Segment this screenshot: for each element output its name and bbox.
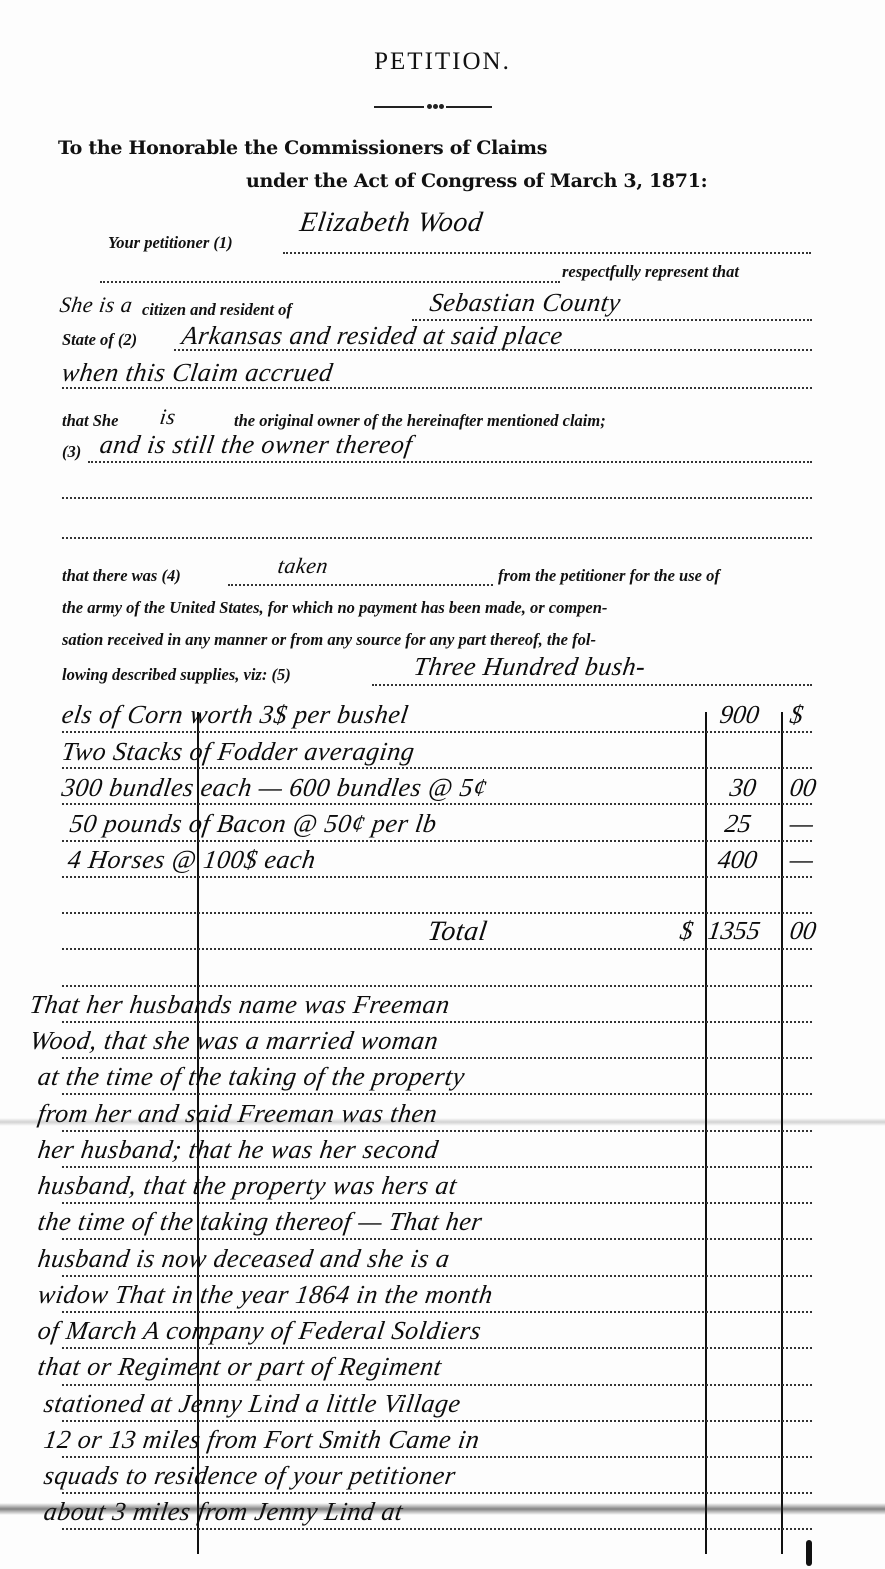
narrative-line: husband, that the property was hers at (36, 1171, 459, 1201)
supply-item-cents: 00 (788, 773, 818, 803)
taken-value: taken (276, 553, 330, 579)
ledger-column-rule-cents (781, 712, 783, 1554)
ledger-line (62, 1130, 812, 1132)
narrative-line: squads to residence of your petitioner (42, 1461, 458, 1491)
supply-item-description: Two Stacks of Fodder averaging (60, 737, 417, 767)
ledger-line (62, 803, 812, 805)
ledger-line (62, 1093, 812, 1095)
narrative-line: the time of the taking thereof — That he… (36, 1207, 484, 1237)
owner-label: the original owner of the hereinafter me… (234, 411, 606, 431)
supply-item-description: 4 Horses @ 100$ each (66, 845, 318, 875)
petitioner-label: Your petitioner (1) (108, 233, 233, 253)
ledger-column-rule-dollars (705, 712, 707, 1554)
taken-line (228, 584, 493, 586)
supply-item-dollars: 900 (718, 700, 761, 730)
narrative-line: Wood, that she was a married woman (28, 1026, 440, 1056)
ledger-line (62, 1057, 812, 1059)
ledger-line (62, 767, 812, 769)
ledger-line (62, 1384, 812, 1386)
ledger-line (62, 985, 812, 987)
supplies-line (372, 684, 812, 686)
ledger-line (62, 1347, 812, 1349)
supply-item-cents: — (788, 845, 815, 875)
ledger-line (62, 840, 812, 842)
document-title: PETITION. (0, 48, 885, 76)
supply-item-description: els of Corn worth 3$ per bushel (60, 700, 411, 730)
owner-prefix: that She (62, 411, 118, 431)
narrative-line: that or Regiment or part of Regiment (36, 1352, 444, 1382)
ledger-line (62, 731, 812, 733)
supply-item-description: 300 bundles each — 600 bundles @ 5¢ (60, 773, 489, 803)
scan-crease (0, 1118, 885, 1126)
owner-note-line (88, 461, 812, 463)
ledger-line (62, 912, 812, 914)
total-cents: 00 (788, 916, 818, 946)
citizen-prefix: She is a (58, 292, 134, 318)
narrative-line: her husband; that he was her second (36, 1135, 440, 1165)
narrative-line: stationed at Jenny Lind a little Village (42, 1389, 463, 1419)
petition-page: PETITION. To the Honorable the Commissio… (0, 0, 885, 1569)
supply-item-cents: — (788, 809, 815, 839)
ledger-line (62, 876, 812, 878)
total-label: Total (426, 916, 490, 948)
blank-line (62, 537, 812, 539)
supply-item-dollars: 400 (716, 845, 759, 875)
state-continued: when this Claim accrued (60, 358, 335, 388)
ledger-line (62, 948, 812, 950)
petitioner-name: Elizabeth Wood (298, 207, 485, 239)
narrative-line: 12 or 13 miles from Fort Smith Came in (42, 1425, 482, 1455)
ledger-line (62, 1492, 812, 1494)
taken-label: that there was (4) (62, 566, 181, 586)
citizen-label: citizen and resident of (142, 300, 292, 320)
ledger-line (62, 1311, 812, 1313)
supplies-label: lowing described supplies, viz: (5) (62, 665, 291, 685)
ledger-line (62, 1528, 812, 1530)
ledger-line (62, 1021, 812, 1023)
title-ornament-divider (374, 104, 492, 110)
address-line-2: under the Act of Congress of March 3, 18… (246, 170, 707, 192)
ledger-line (62, 1166, 812, 1168)
narrative-line: widow That in the year 1864 in the month (36, 1280, 495, 1310)
state-value: Arkansas and resided at said place (180, 321, 565, 351)
blank-line (62, 497, 812, 499)
petitioner-line (283, 252, 811, 254)
owner-is: is (158, 404, 177, 430)
narrative-line: of March A company of Federal Soldiers (36, 1316, 483, 1346)
supply-item-description: 50 pounds of Bacon @ 50¢ per lb (68, 809, 439, 839)
scan-crease (0, 1503, 885, 1515)
ledger-line (62, 1420, 812, 1422)
total-currency: $ (678, 916, 695, 946)
county-value: Sebastian County (428, 288, 623, 318)
ledger-line (62, 1275, 812, 1277)
body-line-1: the army of the United States, for which… (62, 598, 607, 618)
address-line-1: To the Honorable the Commissioners of Cl… (58, 137, 547, 159)
narrative-line: husband is now deceased and she is a (36, 1244, 452, 1274)
state-label: State of (2) (62, 330, 137, 350)
narrative-line: That her husbands name was Freeman (28, 990, 452, 1020)
ledger-line (62, 1202, 812, 1204)
supply-item-dollars: 30 (728, 773, 758, 803)
ink-mark (806, 1540, 812, 1566)
narrative-line: at the time of the taking of the propert… (36, 1062, 467, 1092)
supply-item-cents: $ (788, 700, 805, 730)
body-line-2: sation received in any manner or from an… (62, 630, 596, 650)
supply-item-dollars: 25 (723, 809, 753, 839)
respectfully-text: respectfully represent that (562, 262, 739, 282)
owner-note-label: (3) (62, 442, 81, 462)
ledger-line (62, 1456, 812, 1458)
ledger-line (62, 1238, 812, 1240)
taken-suffix: from the petitioner for the use of (498, 566, 720, 586)
total-dollars: 1355 (706, 916, 762, 946)
supplies-start: Three Hundred bush- (412, 652, 648, 682)
owner-note: and is still the owner thereof (98, 430, 415, 460)
blank-line (100, 281, 560, 283)
